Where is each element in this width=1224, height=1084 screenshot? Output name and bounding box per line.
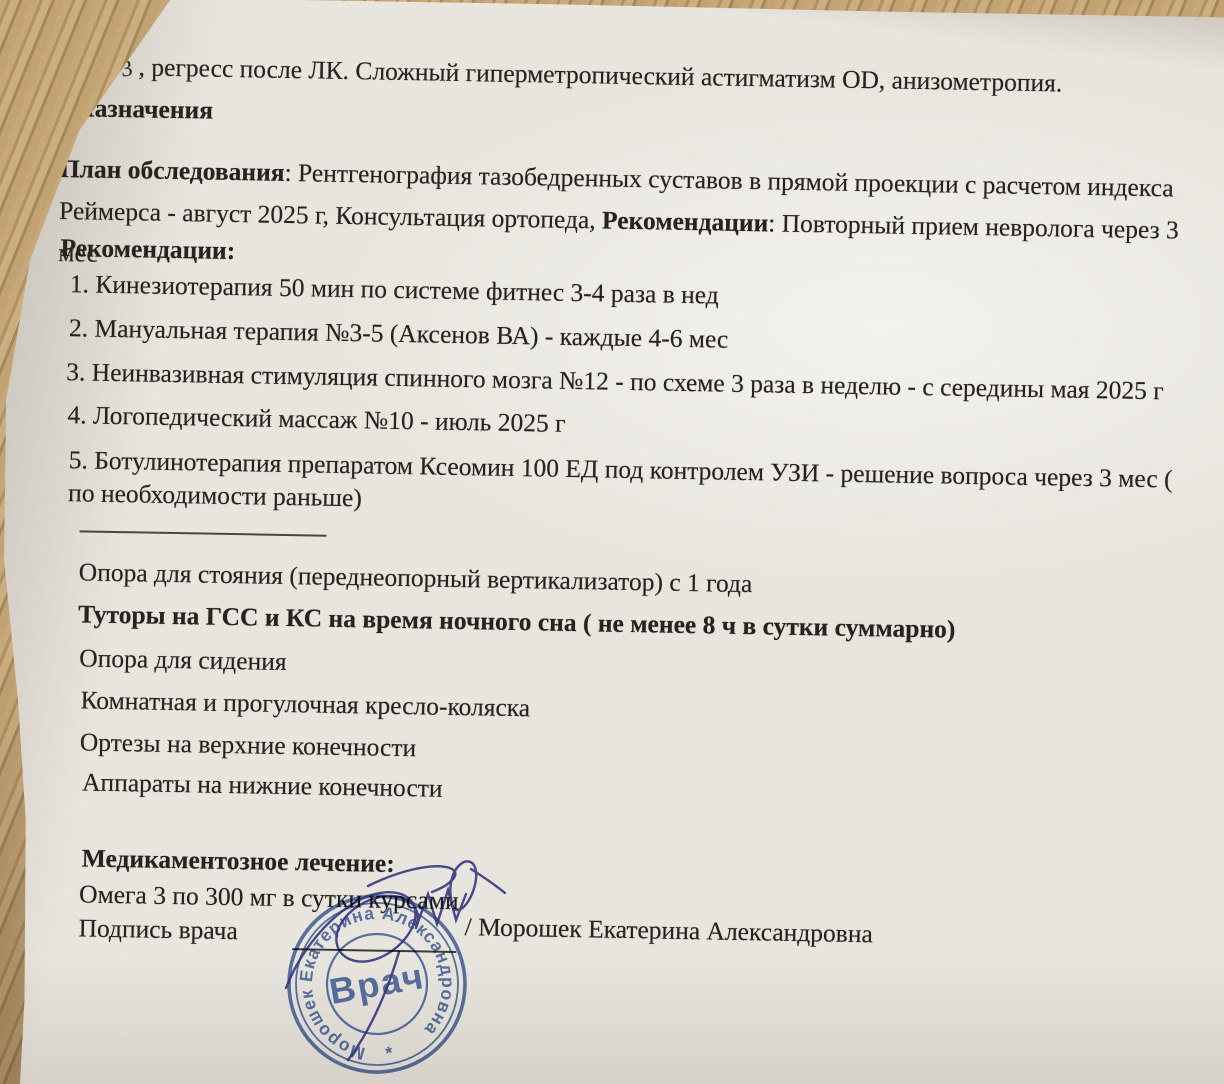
- equipment-item: Комнатная и прогулочная кресло-коляска: [80, 684, 530, 724]
- signature-label: Подпись врача: [78, 912, 238, 947]
- diagnosis-line: РН 3 , регресс после ЛК. Сложный гиперме…: [85, 50, 1195, 101]
- recommendation-item: 4. Логопедический массаж №10 - июль 2025…: [67, 399, 566, 440]
- medication-heading: Медикаментозное лечение:: [82, 842, 395, 879]
- recommendation-item: 3. Неинвазивная стимуляция спинного мозг…: [66, 356, 1196, 408]
- equipment-item: Ортезы на верхние конечности: [80, 726, 417, 764]
- equipment-item: Опора для стояния (переднеопорный вертик…: [79, 556, 753, 600]
- document-paper: РН 3 , регресс после ЛК. Сложный гиперме…: [0, 0, 1224, 1084]
- recommendations-heading: Рекомендации:: [60, 232, 235, 267]
- medication-text: Омега 3 по 300 мг в сутки курсами: [79, 878, 459, 916]
- separator-line: [80, 530, 327, 536]
- equipment-item: Туторы на ГСС и КС на время ночного сна …: [78, 598, 956, 645]
- doctor-name: / Морошек Екатерина Александровна: [464, 911, 873, 950]
- equipment-item: Аппараты на нижние конечности: [82, 766, 443, 804]
- inline-recommendations-label: Рекомендации: [602, 205, 769, 237]
- recommendation-item: 5. Ботулинотерапия препаратом Ксеомин 10…: [68, 443, 1194, 529]
- recommendation-item: 2. Мануальная терапия №3-5 (Аксенов ВА) …: [69, 312, 729, 355]
- equipment-item: Опора для сидения: [79, 642, 287, 677]
- exam-plan-label: План обследования: [60, 154, 285, 187]
- diagnosis-text: , регресс после ЛК. Сложный гиперметропи…: [132, 52, 1062, 97]
- document-content: РН 3 , регресс после ЛК. Сложный гиперме…: [44, 46, 1201, 1076]
- signature-underline: [292, 934, 456, 953]
- photo-scene: РН 3 , регресс после ЛК. Сложный гиперме…: [0, 0, 1224, 1084]
